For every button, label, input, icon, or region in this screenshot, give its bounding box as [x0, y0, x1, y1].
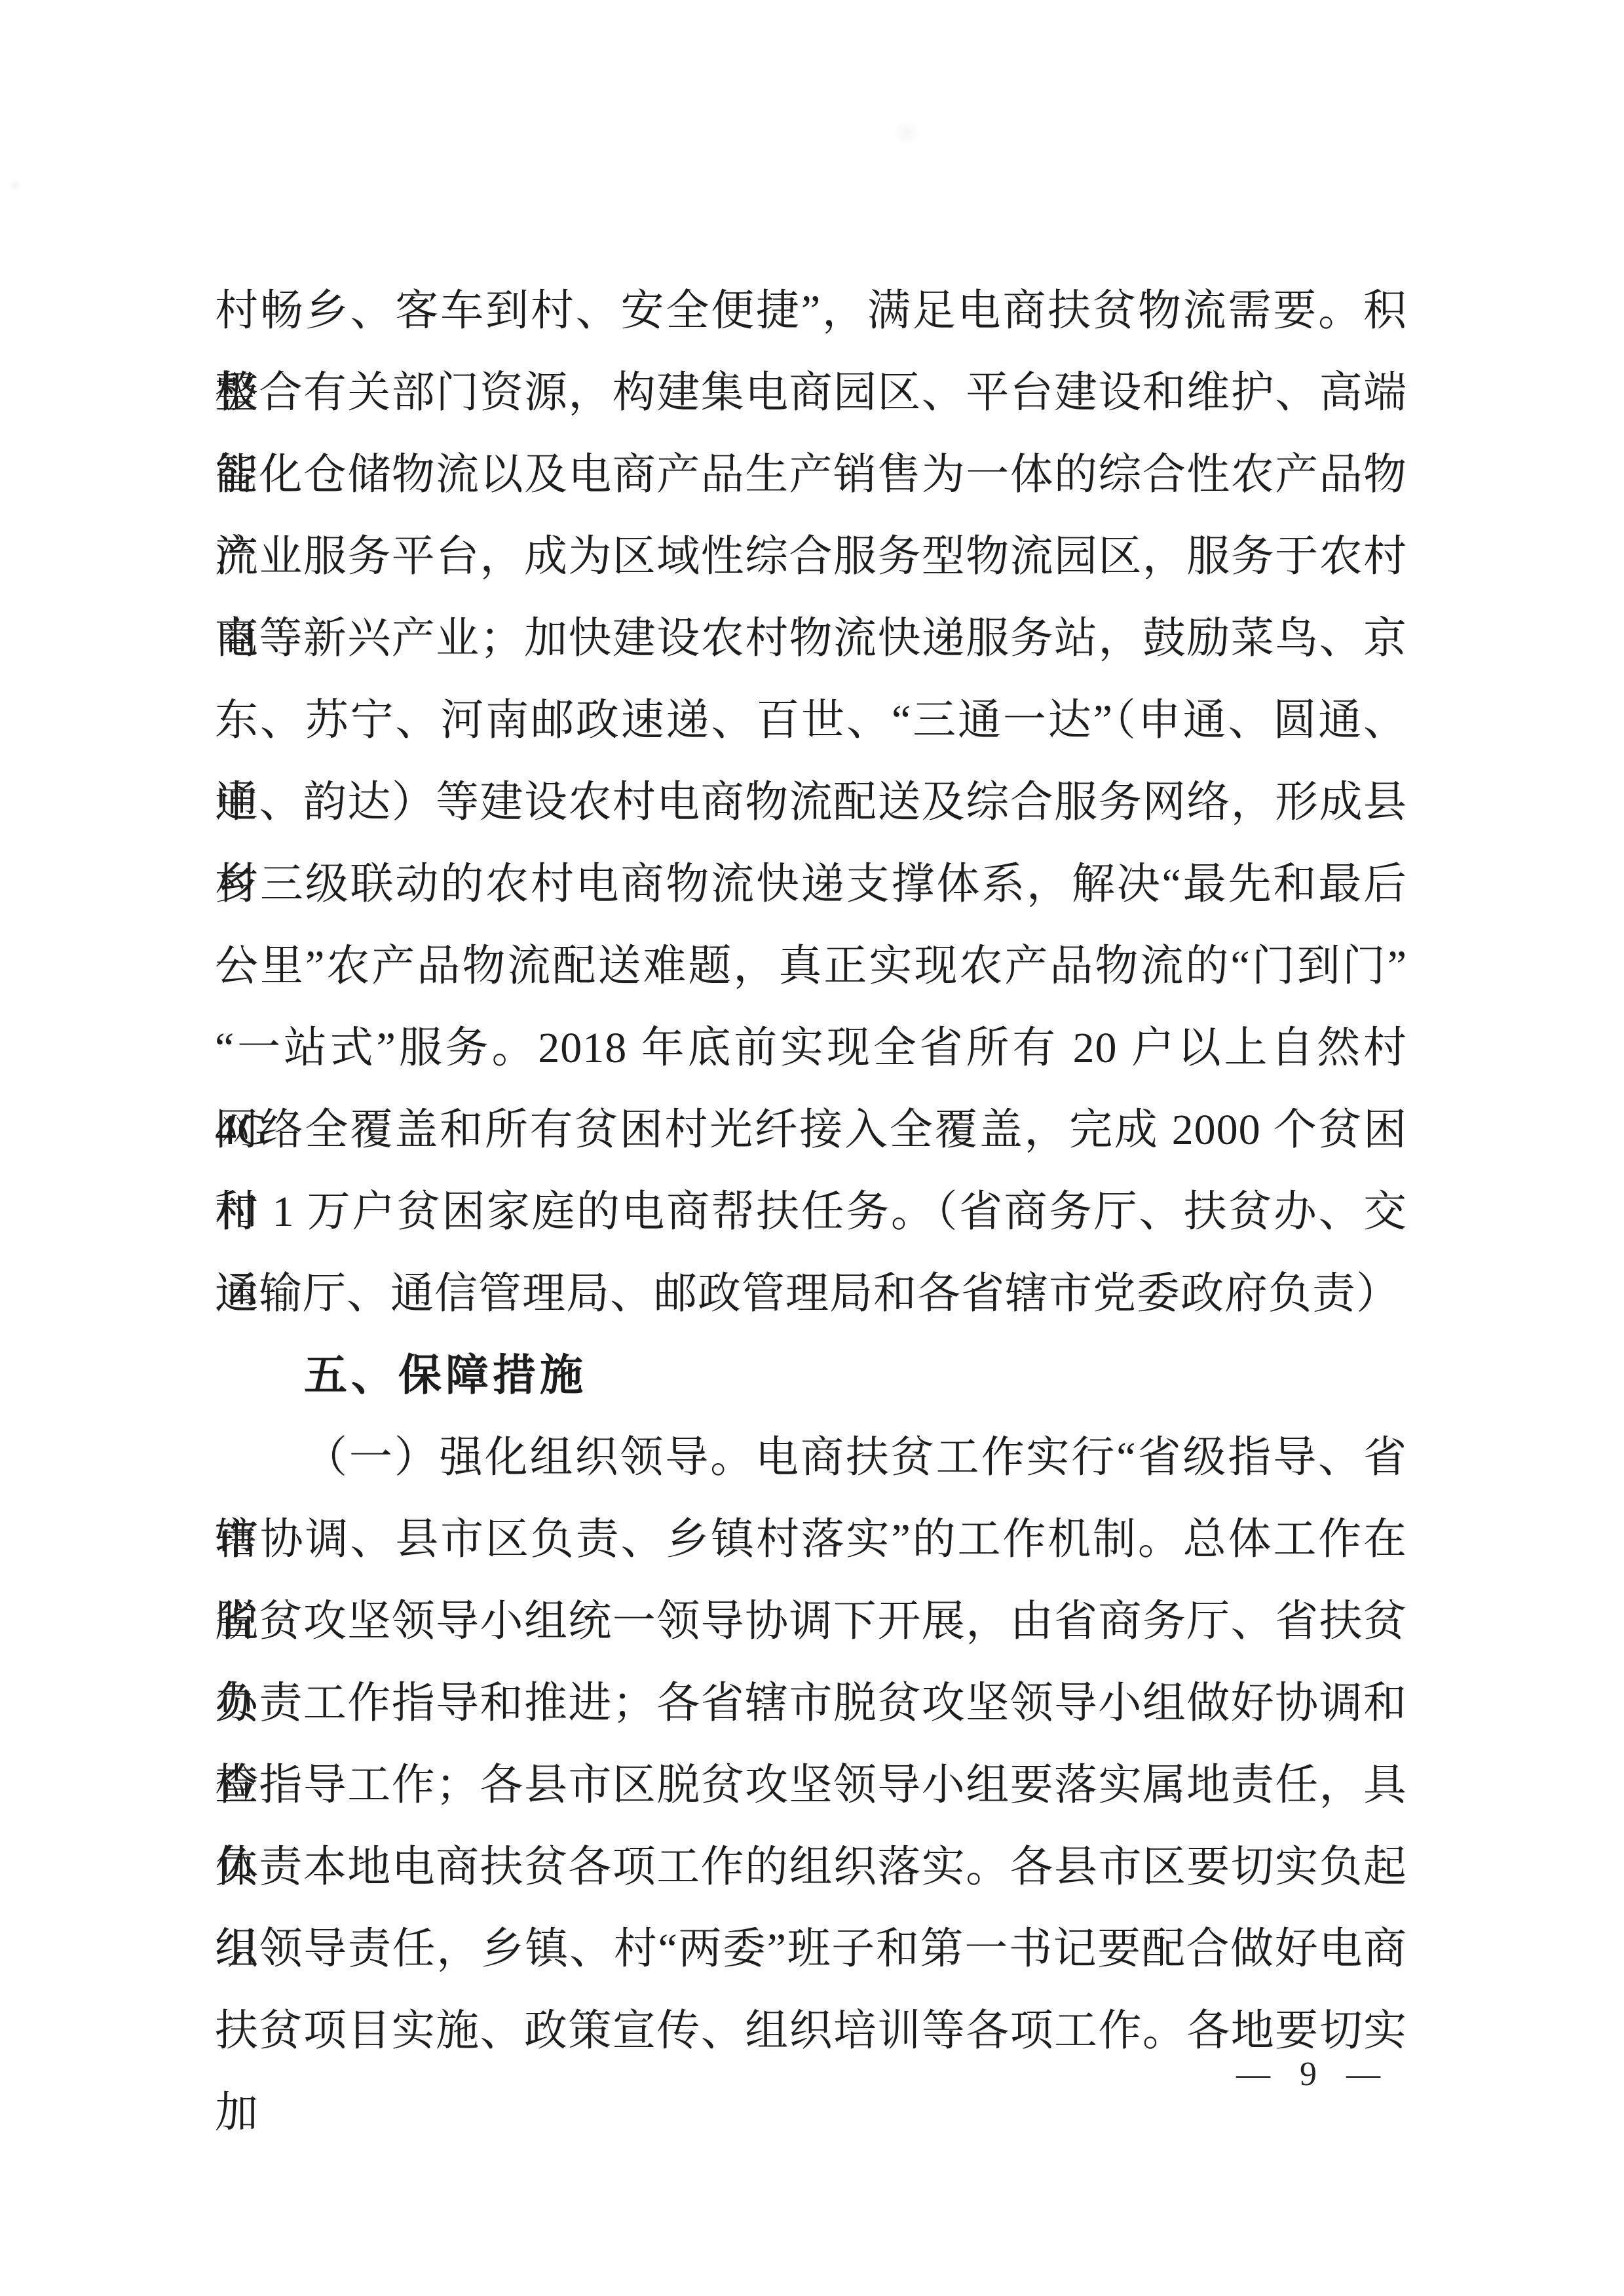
text-line: 织领导责任，乡镇、村“两委”班子和第一书记要配合做好电商	[215, 1908, 1407, 1990]
text-line: 市协调、县市区负责、乡镇村落实”的工作机制。总体工作在省	[215, 1499, 1407, 1580]
text-line: 村三级联动的农村电商物流快递支撑体系，解决“最先和最后一	[215, 843, 1407, 925]
text-line: 通、韵达）等建设农村电商物流配送及综合服务网络，形成县乡	[215, 761, 1407, 843]
text-line: 和 1 万户贫困家庭的电商帮扶任务。（省商务厅、扶贫办、交通	[215, 1171, 1407, 1253]
text-line: 村畅乡、客车到村、安全便捷”，满足电商扶贫物流需要。积极	[215, 270, 1407, 352]
text-line: 查指导工作；各县市区脱贫攻坚领导小组要落实属地责任，具体	[215, 1744, 1407, 1826]
text-line: 扶贫项目实施、政策宣传、组织培训等各项工作。各地要切实加	[215, 1990, 1407, 2072]
text-line: 公里”农产品物流配送难题，真正实现农产品物流的“门到门”	[215, 925, 1407, 1007]
scan-smudge	[9, 178, 21, 193]
text-line: “一站式”服务。2018 年底前实现全省所有 20 户以上自然村 4G	[215, 1007, 1407, 1089]
text-line: 脱贫攻坚领导小组统一领导协调下开展，由省商务厅、省扶贫办	[215, 1580, 1407, 1662]
document-page: 村畅乡、客车到村、安全便捷”，满足电商扶贫物流需要。积极 整合有关部门资源，构建…	[0, 0, 1624, 2296]
text-line: 负责工作指导和推进；各省辖市脱贫攻坚领导小组做好协调和检	[215, 1662, 1407, 1744]
text-line: （一）强化组织领导。电商扶贫工作实行“省级指导、省辖	[215, 1417, 1407, 1499]
page-number: — 9 —	[1236, 2055, 1391, 2094]
text-line: 商等新兴产业；加快建设农村物流快递服务站，鼓励菜鸟、京	[215, 598, 1407, 679]
body-text-block: 村畅乡、客车到村、安全便捷”，满足电商扶贫物流需要。积极 整合有关部门资源，构建…	[215, 270, 1407, 2072]
text-line: 能化仓储物流以及电商产品生产销售为一体的综合性农产品物流	[215, 434, 1407, 516]
text-line: 负责本地电商扶贫各项工作的组织落实。各县市区要切实负起组	[215, 1826, 1407, 1908]
section-heading: 五、保障措施	[215, 1335, 1407, 1417]
scan-smudge	[892, 119, 921, 145]
text-line: 整合有关部门资源，构建集电商园区、平台建设和维护、高端智	[215, 352, 1407, 434]
text-line: 东、苏宁、河南邮政速递、百世、“三通一达”（申通、圆通、中	[215, 679, 1407, 761]
text-line: 运输厅、通信管理局、邮政管理局和各省辖市党委政府负责）	[215, 1253, 1407, 1335]
text-line: 产业服务平台，成为区域性综合服务型物流园区，服务于农村电	[215, 516, 1407, 598]
text-line: 网络全覆盖和所有贫困村光纤接入全覆盖，完成 2000 个贫困村	[215, 1089, 1407, 1171]
